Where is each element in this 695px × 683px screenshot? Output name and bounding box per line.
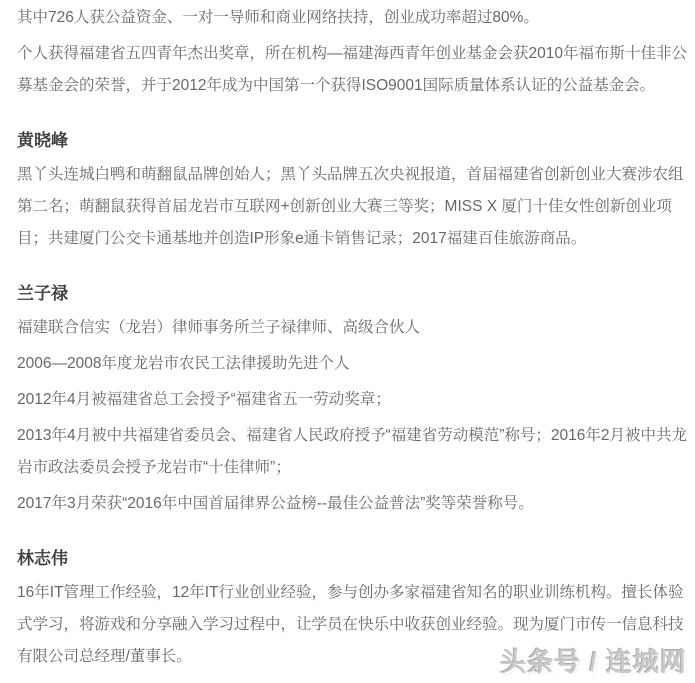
- section-paragraph: 2012年4月被福建省总工会授予“福建省五一劳动奖章；: [17, 384, 693, 416]
- section-paragraph: 福建联合信实（龙岩）律师事务所兰子禄律师、高级合伙人: [17, 312, 693, 344]
- intro-paragraph-2: 个人获得福建省五四青年杰出奖章，所在机构—福建海西青年创业基金会获2010年福布…: [17, 38, 693, 102]
- section-heading-lin-zhiwei: 林志伟: [17, 547, 693, 571]
- section-paragraph: 2013年4月被中共福建省委员会、福建省人民政府授予“福建省劳动模范”称号；20…: [17, 420, 693, 484]
- section-heading-huang-xiaofeng: 黄晓峰: [17, 129, 693, 153]
- intro-paragraph-1: 其中726人获公益资金、一对一导师和商业网络扶持，创业成功率超过80%。: [17, 2, 693, 34]
- section-paragraph: 2017年3月荣获“2016年中国首届律界公益榜--最佳公益普法”奖等荣誉称号。: [17, 488, 693, 520]
- article-page: 其中726人获公益资金、一对一导师和商业网络扶持，创业成功率超过80%。 个人获…: [0, 0, 695, 683]
- section-paragraph: 黑丫头连城白鸭和萌翻鼠品牌创始人；黑丫头品牌五次央视报道，首届福建省创新创业大赛…: [17, 159, 693, 255]
- watermark: 头条号 / 连城网: [500, 642, 687, 679]
- section-heading-lan-zilu: 兰子禄: [17, 282, 693, 306]
- section-paragraph: 2006—2008年度龙岩市农民工法律援助先进个人: [17, 348, 693, 380]
